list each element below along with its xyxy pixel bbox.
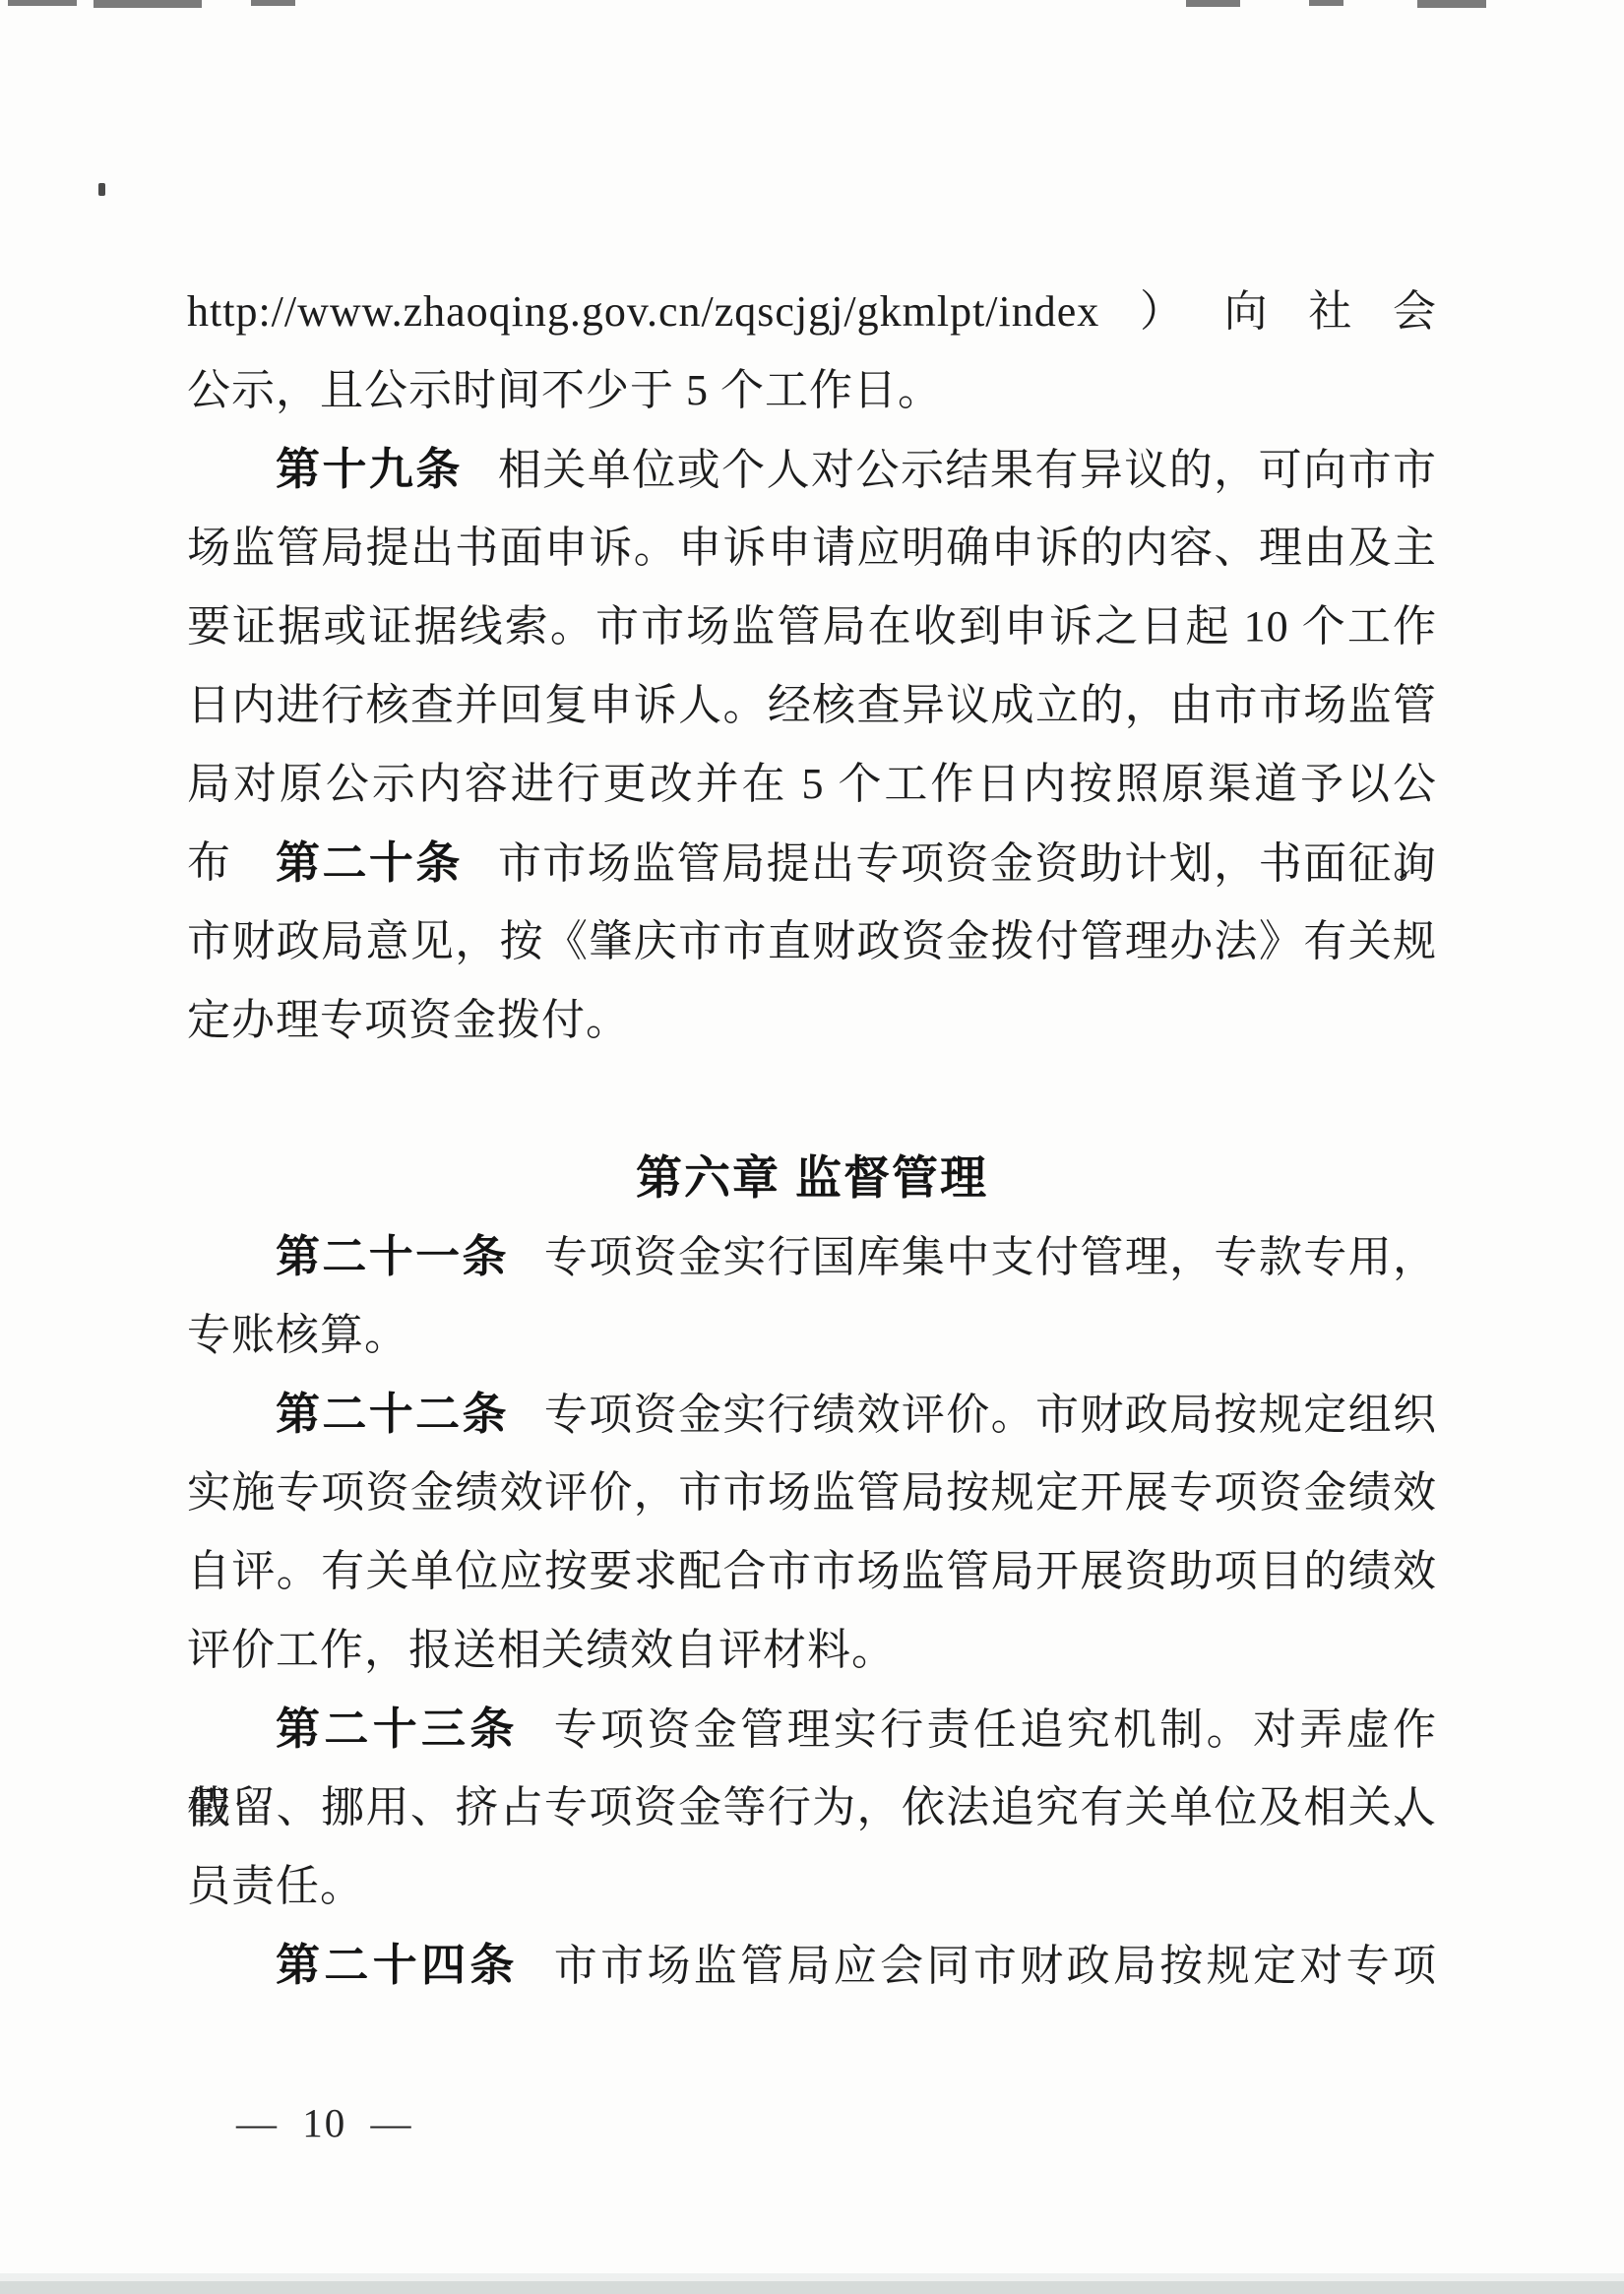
line-text: 公示，且公示时间不少于 5 个工作日。 — [187, 366, 942, 414]
scanned-document-page: http://www.zhaoqing.gov.cn/zqscjgj/gkmlp… — [0, 0, 1624, 2294]
line-text: 市市场监管局应会同市财政局按规定对专项 — [554, 1942, 1437, 1990]
document-body: http://www.zhaoqing.gov.cn/zqscjgj/gkmlp… — [187, 273, 1437, 2162]
scan-edge-artifact — [94, 0, 202, 8]
blank-line — [187, 1060, 1437, 1139]
page-number-footer: — 10 — — [187, 2083, 1437, 2162]
article-21-number: 第二十一条 — [276, 1231, 509, 1281]
line-02: 公示，且公示时间不少于 5 个工作日。 — [187, 351, 1437, 430]
line-05: 要证据或证据线索。市市场监管局在收到申诉之日起 10 个工作 — [187, 588, 1437, 666]
line-text: 专项资金实行绩效评价。市财政局按规定组织 — [544, 1391, 1437, 1439]
article-22-number: 第二十二条 — [276, 1389, 509, 1439]
chapter-6-heading: 第六章 监督管理 — [187, 1139, 1437, 1217]
line-text: 定办理专项资金拨付。 — [187, 996, 630, 1044]
line-12-article-21: 第二十一条专项资金实行国库集中支付管理，专款专用， — [187, 1217, 1437, 1296]
line-text: 专项资金实行国库集中支付管理，专款专用， — [544, 1233, 1437, 1281]
article-20-number: 第二十条 — [276, 837, 463, 888]
scan-bottom-edge — [0, 2281, 1624, 2294]
scan-edge-artifact — [251, 0, 295, 6]
line-21-article-24: 第二十四条市市场监管局应会同市财政局按规定对专项 — [187, 1926, 1437, 2005]
line-17: 评价工作，报送相关绩效自评材料。 — [187, 1611, 1437, 1690]
scan-speck — [98, 183, 105, 196]
line-06: 日内进行核查并回复申诉人。经核查异议成立的，由市市场监管 — [187, 666, 1437, 745]
article-24-number: 第二十四条 — [276, 1940, 519, 1990]
scan-edge-artifact — [1186, 0, 1240, 7]
line-15: 实施专项资金绩效评价，市市场监管局按规定开展专项资金绩效 — [187, 1454, 1437, 1532]
blank-line — [187, 2005, 1437, 2083]
scan-bottom-edge-soft — [0, 2273, 1624, 2281]
article-23-number: 第二十三条 — [276, 1704, 519, 1754]
line-08-article-20: 第二十条市市场监管局提出专项资金资助计划，书面征询 — [187, 824, 1437, 902]
line-text: 要证据或证据线索。市市场监管局在收到申诉之日起 10 个工作 — [187, 602, 1437, 651]
line-text: 员责任。 — [187, 1862, 364, 1910]
line-14-article-22: 第二十二条专项资金实行绩效评价。市财政局按规定组织 — [187, 1375, 1437, 1454]
line-text: 自评。有关单位应按要求配合市市场监管局开展资助项目的绩效 — [187, 1547, 1437, 1595]
line-text: 市市场监管局提出专项资金资助计划，书面征询 — [498, 839, 1437, 888]
line-03-article-19: 第十九条相关单位或个人对公示结果有异议的，可向市市 — [187, 430, 1437, 509]
line-text: 日内进行核查并回复申诉人。经核查异议成立的，由市市场监管 — [187, 681, 1437, 729]
scan-edge-artifact — [1417, 0, 1486, 8]
line-10: 定办理专项资金拨付。 — [187, 981, 1437, 1060]
line-04: 场监管局提出书面申诉。申诉申请应明确申诉的内容、理由及主 — [187, 509, 1437, 588]
line-19: 截留、挪用、挤占专项资金等行为，依法追究有关单位及相关人 — [187, 1768, 1437, 1847]
line-13: 专账核算。 — [187, 1296, 1437, 1375]
article-19-number: 第十九条 — [276, 444, 463, 494]
line-20: 员责任。 — [187, 1847, 1437, 1926]
line-text: 截留、挪用、挤占专项资金等行为，依法追究有关单位及相关人 — [187, 1783, 1437, 1831]
line-text: 评价工作，报送相关绩效自评材料。 — [187, 1626, 896, 1674]
line-16: 自评。有关单位应按要求配合市市场监管局开展资助项目的绩效 — [187, 1532, 1437, 1611]
line-18-article-23: 第二十三条专项资金管理实行责任追究机制。对弄虚作假、 — [187, 1690, 1437, 1768]
line-09: 市财政局意见，按《肇庆市市直财政资金拨付管理办法》有关规 — [187, 902, 1437, 981]
line-text: 实施专项资金绩效评价，市市场监管局按规定开展专项资金绩效 — [187, 1468, 1437, 1517]
line-01-url: http://www.zhaoqing.gov.cn/zqscjgj/gkmlp… — [187, 273, 1437, 351]
line-07: 局对原公示内容进行更改并在 5 个工作日内按照原渠道予以公布。 — [187, 745, 1437, 824]
scan-edge-artifact — [8, 0, 77, 6]
line-text: 场监管局提出书面申诉。申诉申请应明确申诉的内容、理由及主 — [187, 524, 1437, 572]
chapter-heading-text: 第六章 监督管理 — [636, 1151, 988, 1204]
line-text: http://www.zhaoqing.gov.cn/zqscjgj/gkmlp… — [187, 287, 1437, 336]
line-text: 相关单位或个人对公示结果有异议的，可向市市 — [498, 446, 1437, 494]
line-text: 市财政局意见，按《肇庆市市直财政资金拨付管理办法》有关规 — [187, 917, 1437, 965]
line-text: 专账核算。 — [187, 1311, 408, 1359]
scan-edge-artifact — [1309, 0, 1343, 6]
